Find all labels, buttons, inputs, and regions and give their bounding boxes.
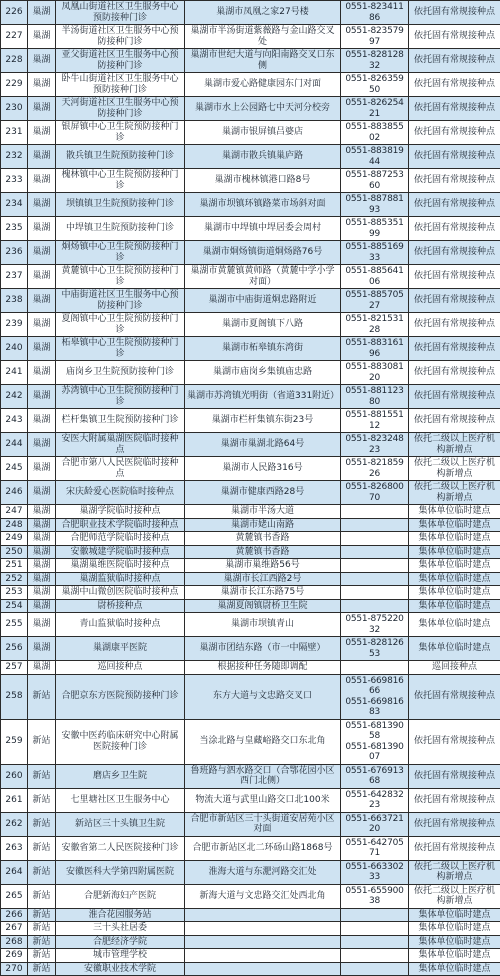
type-cell: 集体单位临时建点 — [409, 559, 500, 573]
row-number-cell: 243 — [1, 409, 28, 433]
phone-cell: 0551-88564106 — [341, 265, 409, 289]
site-name-cell: 安徽职业技术学院 — [56, 962, 185, 976]
type-cell: 依托固有常规接种点 — [409, 241, 500, 265]
district-cell: 新站 — [28, 922, 56, 936]
address-cell — [185, 949, 341, 963]
district-cell: 新站 — [28, 962, 56, 976]
table-row: 241 巢湖 庙岗乡卫生院预防接种门诊 巢湖市庙岗乡集镇庙忠路 0551-883… — [1, 361, 500, 385]
site-name-cell: 安徽城建学院临时接种点 — [56, 545, 185, 559]
table-row: 228 巢湖 亚父街道社区卫生服务中心预防接种门诊 巢湖市世纪大道与向阳南路交叉… — [1, 49, 500, 73]
table-row: 264 新站 安徽医科大学第四附属医院 淮海大道与东淝河路交汇处 0551-66… — [1, 860, 500, 884]
row-number-cell: 230 — [1, 97, 28, 121]
district-cell: 巢湖 — [28, 25, 56, 49]
district-cell: 巢湖 — [28, 532, 56, 546]
phone-cell — [341, 599, 409, 613]
site-name-cell: 巢湖康平医院 — [56, 637, 185, 661]
phone-cell: 0551-82324823 — [341, 433, 409, 457]
table-row: 234 巢湖 坝镇镇卫生院预防接种门诊 巢湖市坝镇环镇路菜市场斜对面 0551-… — [1, 193, 500, 217]
row-number-cell: 266 — [1, 908, 28, 922]
table-row: 237 巢湖 黄麓镇中心卫生院预防接种门诊 巢湖市黄麓镇黄师路（黄麓中学小学对面… — [1, 265, 500, 289]
row-number-cell: 263 — [1, 836, 28, 860]
row-number-cell: 259 — [1, 719, 28, 764]
table-row: 250 巢湖 安徽城建学院临时接种点 黄麓镇书香路 集体单位临时建点 — [1, 545, 500, 559]
site-name-cell: 巢湖学院临时接种点 — [56, 505, 185, 519]
district-cell: 巢湖 — [28, 1, 56, 25]
table-row: 247 巢湖 巢湖学院临时接种点 巢湖市半汤大道 集体单位临时建点 — [1, 505, 500, 519]
site-name-cell: 尉桥接种点 — [56, 599, 185, 613]
row-number-cell: 269 — [1, 949, 28, 963]
phone-cell — [341, 962, 409, 976]
address-cell: 新海大道与文忠路交汇处西北角 — [185, 884, 341, 908]
phone-cell: 0551-82812832 — [341, 49, 409, 73]
address-cell: 当涂北路与皇藏峪路交口东北角 — [185, 719, 341, 764]
type-cell: 依托固有常规接种点 — [409, 719, 500, 764]
type-cell: 依托固有常规接种点 — [409, 1, 500, 25]
address-cell: 巢湖市巢湖北路64号 — [185, 433, 341, 457]
table-row: 268 新站 合肥经济学院 集体单位临时建点 — [1, 935, 500, 949]
table-row: 263 新站 安徽省第二人民医院接种门诊 合肥市新站区北二环砀山路1868号 0… — [1, 836, 500, 860]
table-row: 254 巢湖 尉桥接种点 巢湖夏阁镇尉桥卫生院 集体单位临时建点 — [1, 599, 500, 613]
site-name-cell: 天河街道社区卫生服务中心预防接种门诊 — [56, 97, 185, 121]
site-name-cell: 七里塘社区卫生服务中心 — [56, 788, 185, 812]
address-cell: 巢湖市巢维路56号 — [185, 559, 341, 573]
address-cell: 巢湖市凤凰之家27号楼 — [185, 1, 341, 25]
address-cell — [185, 908, 341, 922]
type-cell: 依托固有常规接种点 — [409, 217, 500, 241]
row-number-cell: 249 — [1, 532, 28, 546]
type-cell: 依托固有常规接种点 — [409, 49, 500, 73]
type-cell: 依托二级以上医疗机构新增点 — [409, 481, 500, 505]
site-name-cell: 银屏镇中心卫生院预防接种门诊 — [56, 121, 185, 145]
district-cell: 新站 — [28, 812, 56, 836]
phone-cell — [341, 559, 409, 573]
row-number-cell: 229 — [1, 73, 28, 97]
site-name-cell: 巢湖监狱临时接种点 — [56, 572, 185, 586]
site-name-cell: 散兵镇卫生院预防接种门诊 — [56, 145, 185, 169]
table-row: 270 新站 安徽职业技术学院 集体单位临时建点 — [1, 962, 500, 976]
table-row: 259 新站 安徽中医药临床研究中心附属医院接种门诊 当涂北路与皇藏峪路交口东北… — [1, 719, 500, 764]
address-cell: 巢湖市半汤街道紫薇路与金山路交叉处 — [185, 25, 341, 49]
phone-cell — [341, 922, 409, 936]
address-cell: 巢湖市庙岗乡集镇庙忠路 — [185, 361, 341, 385]
district-cell: 新站 — [28, 908, 56, 922]
site-name-cell: 安徽省第二人民医院接种门诊 — [56, 836, 185, 860]
row-number-cell: 227 — [1, 25, 28, 49]
row-number-cell: 235 — [1, 217, 28, 241]
site-name-cell: 合肥新海妇产医院 — [56, 884, 185, 908]
address-cell — [185, 935, 341, 949]
district-cell: 巢湖 — [28, 409, 56, 433]
phone-cell: 0551-66981666 0551-66981683 — [341, 674, 409, 719]
type-cell: 集体单位临时建点 — [409, 962, 500, 976]
phone-cell — [341, 532, 409, 546]
address-cell: 巢湖市柘皋镇东湾街 — [185, 337, 341, 361]
type-cell: 依托固有常规接种点 — [409, 313, 500, 337]
site-name-cell: 烔炀镇中心卫生院预防接种门诊 — [56, 241, 185, 265]
phone-cell: 0551-66330233 — [341, 860, 409, 884]
district-cell: 新站 — [28, 719, 56, 764]
phone-cell — [341, 935, 409, 949]
district-cell: 新站 — [28, 764, 56, 788]
table-row: 267 新站 三十头社居委 集体单位临时建点 — [1, 922, 500, 936]
district-cell: 巢湖 — [28, 313, 56, 337]
phone-cell: 0551-88385502 — [341, 121, 409, 145]
address-cell: 巢湖市半汤大道 — [185, 505, 341, 519]
row-number-cell: 268 — [1, 935, 28, 949]
table-row: 239 巢湖 夏阁镇中心卫生院预防接种门诊 巢湖市夏阁镇下八路 0551-821… — [1, 313, 500, 337]
row-number-cell: 253 — [1, 586, 28, 600]
site-name-cell: 黄麓镇中心卫生院预防接种门诊 — [56, 265, 185, 289]
district-cell: 巢湖 — [28, 337, 56, 361]
type-cell: 依托固有常规接种点 — [409, 361, 500, 385]
row-number-cell: 244 — [1, 433, 28, 457]
phone-cell: 0551-82635950 — [341, 73, 409, 97]
site-name-cell: 苏湾镇中心卫生院预防接种门诊 — [56, 385, 185, 409]
district-cell: 巢湖 — [28, 433, 56, 457]
site-name-cell: 柘皋镇中心卫生院预防接种门诊 — [56, 337, 185, 361]
type-cell: 集体单位临时建点 — [409, 599, 500, 613]
site-name-cell: 半汤街道社区卫生服务中心预防接种门诊 — [56, 25, 185, 49]
district-cell: 新站 — [28, 860, 56, 884]
row-number-cell: 261 — [1, 788, 28, 812]
site-name-cell: 凤凰山街道社区卫生服务中心预防接种门诊 — [56, 1, 185, 25]
type-cell: 依托固有常规接种点 — [409, 836, 500, 860]
site-name-cell: 青山监狱临时接种点 — [56, 613, 185, 637]
phone-cell: 0551-87522032 — [341, 613, 409, 637]
row-number-cell: 240 — [1, 337, 28, 361]
table-row: 244 巢湖 安医大附属巢湖医院临时接种点 巢湖市巢湖北路64号 0551-82… — [1, 433, 500, 457]
row-number-cell: 239 — [1, 313, 28, 337]
site-name-cell: 城市管理学校 — [56, 949, 185, 963]
type-cell: 巡回接种点 — [409, 661, 500, 675]
table-row: 260 新站 磨店乡卫生院 鲁班路与泗水路交口（合鄂花园小区西门北侧） 0551… — [1, 764, 500, 788]
table-row: 232 巢湖 散兵镇卫生院预防接种门诊 巢湖市散兵镇巢庐路 0551-88381… — [1, 145, 500, 169]
address-cell: 巢湖市夏阁镇下八路 — [185, 313, 341, 337]
district-cell: 巢湖 — [28, 545, 56, 559]
site-name-cell: 夏阁镇中心卫生院预防接种门诊 — [56, 313, 185, 337]
district-cell: 巢湖 — [28, 457, 56, 481]
address-cell: 黄麓镇书香路 — [185, 532, 341, 546]
phone-cell: 0551-65590038 — [341, 884, 409, 908]
address-cell: 巢湖市银屏镇吕婆店 — [185, 121, 341, 145]
site-name-cell: 宋庆龄爱心医院临时接种点 — [56, 481, 185, 505]
site-name-cell: 三十头社居委 — [56, 922, 185, 936]
phone-cell — [341, 545, 409, 559]
type-cell: 依托二级以上医疗机构新增点 — [409, 433, 500, 457]
type-cell: 依托固有常规接种点 — [409, 169, 500, 193]
phone-cell: 0551-88316196 — [341, 337, 409, 361]
row-number-cell: 226 — [1, 1, 28, 25]
address-cell: 巢湖市坝镇青山 — [185, 613, 341, 637]
row-number-cell: 241 — [1, 361, 28, 385]
site-name-cell: 巡回接种点 — [56, 661, 185, 675]
address-cell: 巢湖市团结东路（市一中隔壁） — [185, 637, 341, 661]
phone-cell: 0551-88155112 — [341, 409, 409, 433]
site-name-cell: 合肥京东方医院预防接种门诊 — [56, 674, 185, 719]
type-cell: 依托固有常规接种点 — [409, 25, 500, 49]
site-name-cell: 淮合花园服务站 — [56, 908, 185, 922]
phone-cell — [341, 908, 409, 922]
row-number-cell: 258 — [1, 674, 28, 719]
type-cell: 依托固有常规接种点 — [409, 337, 500, 361]
site-name-cell: 合肥市第八人民医院临时接种点 — [56, 457, 185, 481]
district-cell: 巢湖 — [28, 193, 56, 217]
site-name-cell: 卧牛山街道社区卫生服务中心预防接种门诊 — [56, 73, 185, 97]
type-cell: 集体单位临时建点 — [409, 586, 500, 600]
row-number-cell: 260 — [1, 764, 28, 788]
address-cell: 巢湖市长江西路2号 — [185, 572, 341, 586]
row-number-cell: 238 — [1, 289, 28, 313]
row-number-cell: 233 — [1, 169, 28, 193]
site-name-cell: 巢湖巢维医院临时接种点 — [56, 559, 185, 573]
site-name-cell: 中庙街道社区卫生服务中心预防接种门诊 — [56, 289, 185, 313]
table-row: 266 新站 淮合花园服务站 集体单位临时建点 — [1, 908, 500, 922]
address-cell: 巢湖市槐林镇港口路8号 — [185, 169, 341, 193]
phone-cell: 0551-82341186 — [341, 1, 409, 25]
address-cell: 东方大道与文忠路交叉口 — [185, 674, 341, 719]
phone-cell: 0551-88112380 — [341, 385, 409, 409]
row-number-cell: 251 — [1, 559, 28, 573]
site-name-cell: 合肥经济学院 — [56, 935, 185, 949]
district-cell: 新站 — [28, 884, 56, 908]
phone-cell — [341, 518, 409, 532]
row-number-cell: 267 — [1, 922, 28, 936]
site-name-cell: 合肥职业技术学院临时接种点 — [56, 518, 185, 532]
row-number-cell: 247 — [1, 505, 28, 519]
row-number-cell: 262 — [1, 812, 28, 836]
table-row: 245 巢湖 合肥市第八人民医院临时接种点 巢湖市人民路316号 0551-82… — [1, 457, 500, 481]
phone-cell: 0551-64270571 — [341, 836, 409, 860]
address-cell: 巢湖市健康西路28号 — [185, 481, 341, 505]
phone-cell: 0551-82153128 — [341, 313, 409, 337]
type-cell: 集体单位临时建点 — [409, 532, 500, 546]
row-number-cell: 228 — [1, 49, 28, 73]
table-row: 261 新站 七里塘社区卫生服务中心 物流大道与武里山路交口北100米 0551… — [1, 788, 500, 812]
address-cell: 巢湖市苏湾镇光明街（省道331附近） — [185, 385, 341, 409]
type-cell: 集体单位临时建点 — [409, 935, 500, 949]
type-cell: 集体单位临时建点 — [409, 545, 500, 559]
row-number-cell: 254 — [1, 599, 28, 613]
site-name-cell: 中垾镇卫生院预防接种门诊 — [56, 217, 185, 241]
phone-cell: 0551-82812653 — [341, 637, 409, 661]
address-cell: 合肥市新站区北二环砀山路1868号 — [185, 836, 341, 860]
district-cell: 巢湖 — [28, 572, 56, 586]
type-cell: 集体单位临时建点 — [409, 637, 500, 661]
type-cell: 依托固有常规接种点 — [409, 145, 500, 169]
phone-cell — [341, 949, 409, 963]
row-number-cell: 250 — [1, 545, 28, 559]
district-cell: 新站 — [28, 674, 56, 719]
type-cell: 集体单位临时建点 — [409, 572, 500, 586]
table-row: 255 巢湖 青山监狱临时接种点 巢湖市坝镇青山 0551-87522032 集… — [1, 613, 500, 637]
type-cell: 依托固有常规接种点 — [409, 289, 500, 313]
type-cell: 依托固有常规接种点 — [409, 265, 500, 289]
row-number-cell: 256 — [1, 637, 28, 661]
phone-cell: 0551-82625421 — [341, 97, 409, 121]
district-cell: 巢湖 — [28, 169, 56, 193]
address-cell — [185, 922, 341, 936]
table-row: 240 巢湖 柘皋镇中心卫生院预防接种门诊 巢湖市柘皋镇东湾街 0551-883… — [1, 337, 500, 361]
address-cell: 巢湖市烔炀镇街道烔炀路76号 — [185, 241, 341, 265]
site-name-cell: 安医大附属巢湖医院临时接种点 — [56, 433, 185, 457]
table-row: 251 巢湖 巢湖巢维医院临时接种点 巢湖市巢维路56号 集体单位临时建点 — [1, 559, 500, 573]
address-cell: 巢湖市黄麓镇黄师路（黄麓中学小学对面） — [185, 265, 341, 289]
site-name-cell: 亚父街道社区卫生服务中心预防接种门诊 — [56, 49, 185, 73]
phone-cell: 0551-88535199 — [341, 217, 409, 241]
phone-cell — [341, 586, 409, 600]
type-cell: 集体单位临时建点 — [409, 908, 500, 922]
address-cell: 巢湖市中庙街道烔忠路附近 — [185, 289, 341, 313]
table-row: 230 巢湖 天河街道社区卫生服务中心预防接种门诊 巢湖市水上公园路七中天河分校… — [1, 97, 500, 121]
phone-cell: 0551-88516933 — [341, 241, 409, 265]
address-cell: 巢湖市中垾镇中垾居委会周村 — [185, 217, 341, 241]
table-row: 252 巢湖 巢湖监狱临时接种点 巢湖市长江西路2号 集体单位临时建点 — [1, 572, 500, 586]
table-row: 233 巢湖 槐林镇中心卫生院预防接种门诊 巢湖市槐林镇港口路8号 0551-8… — [1, 169, 500, 193]
table-row: 246 巢湖 宋庆龄爱心医院临时接种点 巢湖市健康西路28号 0551-8268… — [1, 481, 500, 505]
site-name-cell: 安徽医科大学第四附属医院 — [56, 860, 185, 884]
table-row: 243 巢湖 栏杆集镇卫生院预防接种门诊 巢湖市栏杆集镇东街23号 0551-8… — [1, 409, 500, 433]
row-number-cell: 231 — [1, 121, 28, 145]
phone-cell — [341, 572, 409, 586]
table-row: 258 新站 合肥京东方医院预防接种门诊 东方大道与文忠路交叉口 0551-66… — [1, 674, 500, 719]
site-name-cell: 坝镇镇卫生院预防接种门诊 — [56, 193, 185, 217]
district-cell: 巢湖 — [28, 121, 56, 145]
site-name-cell: 庙岗乡卫生院预防接种门诊 — [56, 361, 185, 385]
row-number-cell: 257 — [1, 661, 28, 675]
address-cell: 巢湖市爱心路健康园东门对面 — [185, 73, 341, 97]
address-cell: 巢湖市人民路316号 — [185, 457, 341, 481]
district-cell: 巢湖 — [28, 385, 56, 409]
type-cell: 集体单位临时建点 — [409, 949, 500, 963]
type-cell: 依托固有常规接种点 — [409, 812, 500, 836]
row-number-cell: 242 — [1, 385, 28, 409]
address-cell: 巢湖市散兵镇巢庐路 — [185, 145, 341, 169]
district-cell: 巢湖 — [28, 613, 56, 637]
table-row: 227 巢湖 半汤街道社区卫生服务中心预防接种门诊 巢湖市半汤街道紫薇路与金山路… — [1, 25, 500, 49]
address-cell — [185, 962, 341, 976]
address-cell: 巢湖市世纪大道与向阳南路交叉口东侧 — [185, 49, 341, 73]
phone-cell: 0551-88381944 — [341, 145, 409, 169]
district-cell: 新站 — [28, 836, 56, 860]
district-cell: 巢湖 — [28, 586, 56, 600]
vaccination-sites-table: 226 巢湖 凤凰山街道社区卫生服务中心预防接种门诊 巢湖市凤凰之家27号楼 0… — [0, 0, 500, 976]
phone-cell: 0551-88725360 — [341, 169, 409, 193]
type-cell: 集体单位临时建点 — [409, 518, 500, 532]
district-cell: 新站 — [28, 935, 56, 949]
type-cell: 依托固有常规接种点 — [409, 788, 500, 812]
table-row: 253 巢湖 巢湖中山微创医院临时接种点 巢湖市长江东路75号 集体单位临时建点 — [1, 586, 500, 600]
type-cell: 依托固有常规接种点 — [409, 409, 500, 433]
phone-cell: 0551-82357997 — [341, 25, 409, 49]
phone-cell: 0551-82185926 — [341, 457, 409, 481]
phone-cell: 0551-88570527 — [341, 289, 409, 313]
address-cell: 黄麓镇书香路 — [185, 545, 341, 559]
address-cell: 合肥市新站区三十头街道安居苑小区对面 — [185, 812, 341, 836]
table-row: 257 巢湖 巡回接种点 根据接种任务随即调配 巡回接种点 — [1, 661, 500, 675]
district-cell: 新站 — [28, 788, 56, 812]
address-cell: 鲁班路与泗水路交口（合鄂花园小区西门北侧） — [185, 764, 341, 788]
district-cell: 巢湖 — [28, 289, 56, 313]
address-cell: 巢湖市姥山南路 — [185, 518, 341, 532]
district-cell: 巢湖 — [28, 637, 56, 661]
row-number-cell: 270 — [1, 962, 28, 976]
district-cell: 巢湖 — [28, 505, 56, 519]
type-cell: 依托固有常规接种点 — [409, 193, 500, 217]
site-name-cell: 安徽中医药临床研究中心附属医院接种门诊 — [56, 719, 185, 764]
district-cell: 巢湖 — [28, 97, 56, 121]
phone-cell: 0551-88308120 — [341, 361, 409, 385]
phone-cell: 0551-82680070 — [341, 481, 409, 505]
address-cell: 淮海大道与东淝河路交汇处 — [185, 860, 341, 884]
table-row: 226 巢湖 凤凰山街道社区卫生服务中心预防接种门诊 巢湖市凤凰之家27号楼 0… — [1, 1, 500, 25]
type-cell: 依托固有常规接种点 — [409, 73, 500, 97]
phone-cell: 0551-88788193 — [341, 193, 409, 217]
district-cell: 巢湖 — [28, 481, 56, 505]
table-row: 238 巢湖 中庙街道社区卫生服务中心预防接种门诊 巢湖市中庙街道烔忠路附近 0… — [1, 289, 500, 313]
phone-cell — [341, 505, 409, 519]
table-row: 256 巢湖 巢湖康平医院 巢湖市团结东路（市一中隔壁） 0551-828126… — [1, 637, 500, 661]
address-cell: 巢湖市水上公园路七中天河分校旁 — [185, 97, 341, 121]
phone-cell — [341, 661, 409, 675]
site-name-cell: 磨店乡卫生院 — [56, 764, 185, 788]
type-cell: 依托二级以上医疗机构新增点 — [409, 457, 500, 481]
site-name-cell: 新站区三十头镇卫生院 — [56, 812, 185, 836]
table-row: 231 巢湖 银屏镇中心卫生院预防接种门诊 巢湖市银屏镇吕婆店 0551-883… — [1, 121, 500, 145]
district-cell: 巢湖 — [28, 217, 56, 241]
site-name-cell: 合肥师范学院临时接种点 — [56, 532, 185, 546]
address-cell: 根据接种任务随即调配 — [185, 661, 341, 675]
address-cell: 巢湖市栏杆集镇东街23号 — [185, 409, 341, 433]
row-number-cell: 248 — [1, 518, 28, 532]
type-cell: 集体单位临时建点 — [409, 505, 500, 519]
district-cell: 巢湖 — [28, 73, 56, 97]
type-cell: 集体单位临时建点 — [409, 613, 500, 637]
table-row: 262 新站 新站区三十头镇卫生院 合肥市新站区三十头街道安居苑小区对面 055… — [1, 812, 500, 836]
table-body: 226 巢湖 凤凰山街道社区卫生服务中心预防接种门诊 巢湖市凤凰之家27号楼 0… — [1, 1, 500, 976]
district-cell: 巢湖 — [28, 361, 56, 385]
district-cell: 巢湖 — [28, 518, 56, 532]
district-cell: 巢湖 — [28, 145, 56, 169]
address-cell: 巢湖市长江东路75号 — [185, 586, 341, 600]
type-cell: 依托二级以上医疗机构新增点 — [409, 884, 500, 908]
type-cell: 依托固有常规接种点 — [409, 121, 500, 145]
address-cell: 物流大道与武里山路交口北100米 — [185, 788, 341, 812]
row-number-cell: 234 — [1, 193, 28, 217]
district-cell: 巢湖 — [28, 241, 56, 265]
address-cell: 巢湖市坝镇环镇路菜市场斜对面 — [185, 193, 341, 217]
address-cell: 巢湖夏阁镇尉桥卫生院 — [185, 599, 341, 613]
type-cell: 依托二级以上医疗机构新增点 — [409, 860, 500, 884]
type-cell: 依托固有常规接种点 — [409, 97, 500, 121]
row-number-cell: 232 — [1, 145, 28, 169]
row-number-cell: 236 — [1, 241, 28, 265]
row-number-cell: 264 — [1, 860, 28, 884]
row-number-cell: 237 — [1, 265, 28, 289]
table-row: 265 新站 合肥新海妇产医院 新海大道与文忠路交汇处西北角 0551-6559… — [1, 884, 500, 908]
type-cell: 依托固有常规接种点 — [409, 764, 500, 788]
row-number-cell: 252 — [1, 572, 28, 586]
phone-cell: 0551-66372120 — [341, 812, 409, 836]
table-row: 235 巢湖 中垾镇卫生院预防接种门诊 巢湖市中垾镇中垾居委会周村 0551-8… — [1, 217, 500, 241]
district-cell: 巢湖 — [28, 599, 56, 613]
site-name-cell: 槐林镇中心卫生院预防接种门诊 — [56, 169, 185, 193]
row-number-cell: 255 — [1, 613, 28, 637]
row-number-cell: 245 — [1, 457, 28, 481]
district-cell: 新站 — [28, 949, 56, 963]
type-cell: 依托固有常规接种点 — [409, 674, 500, 719]
table-row: 236 巢湖 烔炀镇中心卫生院预防接种门诊 巢湖市烔炀镇街道烔炀路76号 055… — [1, 241, 500, 265]
phone-cell: 0551-64283223 — [341, 788, 409, 812]
